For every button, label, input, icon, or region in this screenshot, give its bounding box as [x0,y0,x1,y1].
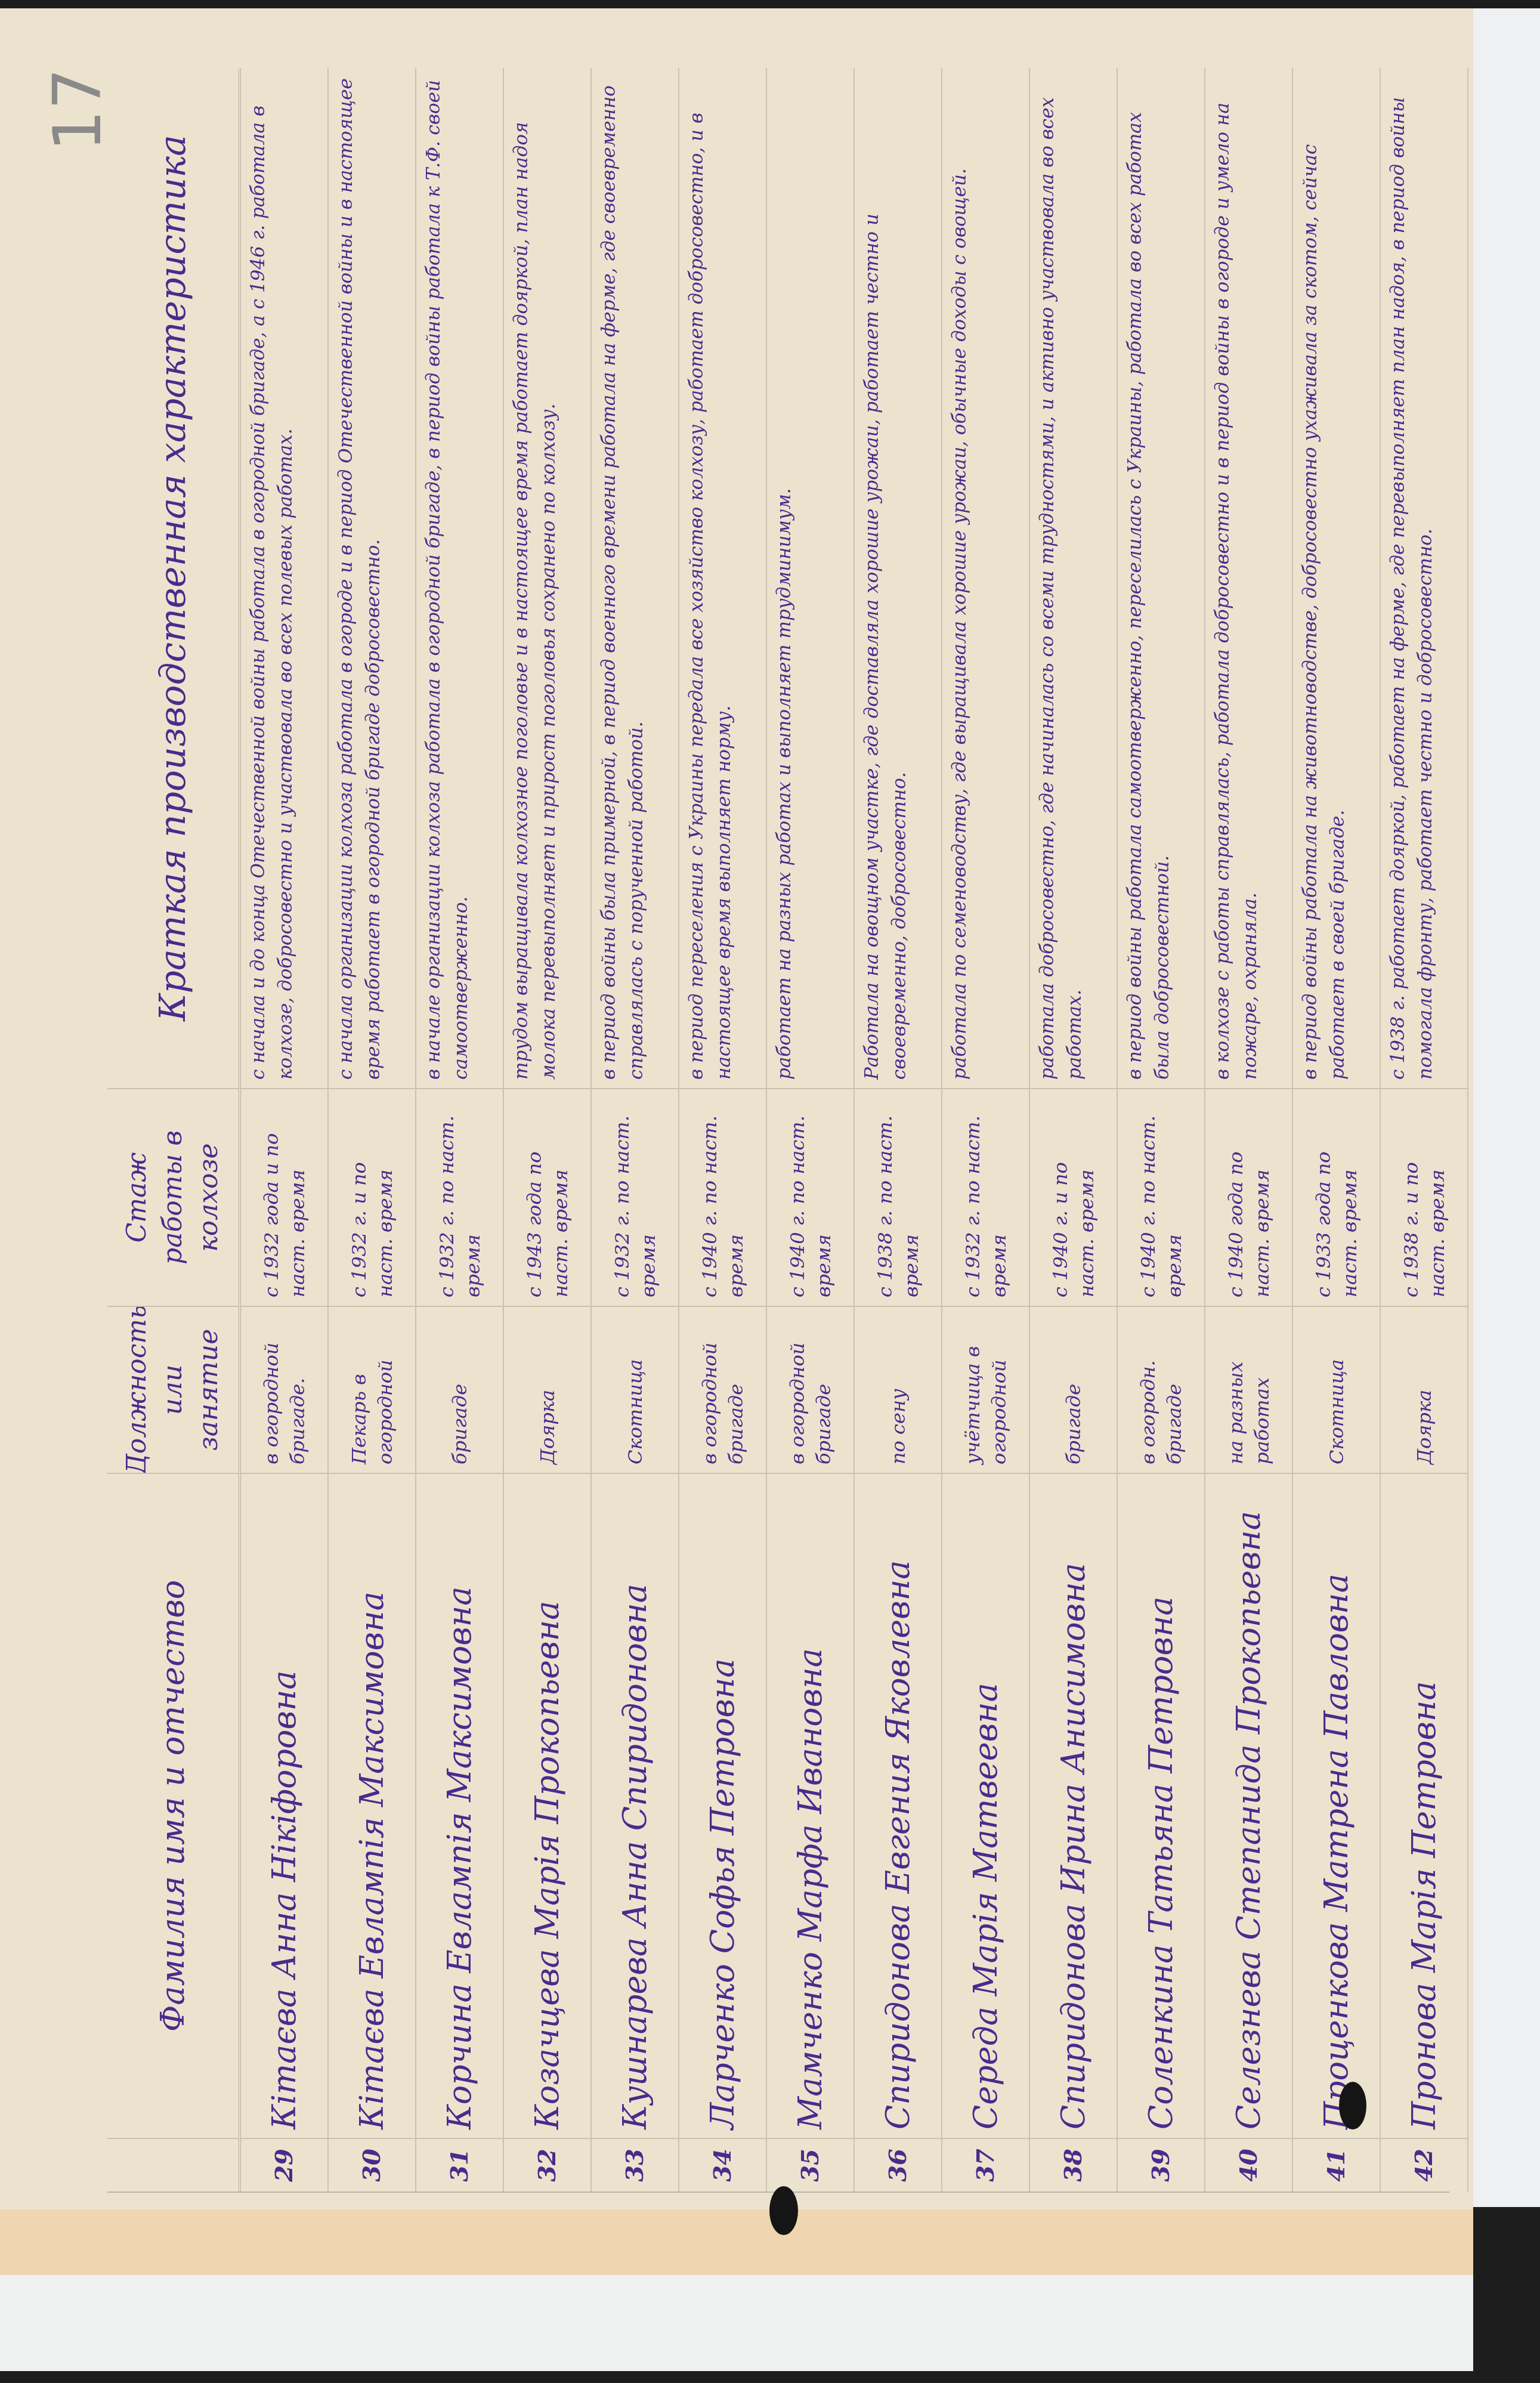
characteristic: в период войны работала самоотверженно, … [1118,68,1204,1088]
characteristic: с начала организации колхоза работала в … [329,68,415,1088]
work-period: с 1938 г. и по наст. время [1381,1088,1467,1306]
work-period: с 1932 г. по наст. время [592,1088,678,1306]
characteristic: в период войны была примерной, в период … [592,68,678,1088]
position: бригаде [1030,1306,1117,1473]
scan-border-right [1473,2207,1540,2383]
work-period: с 1940 г. по наст. время [1118,1088,1204,1306]
work-period: с 1932 г. по наст. время [942,1088,1029,1306]
person-name: Середа Марія Матвеевна [942,1473,1029,2138]
position: Скотница [1293,1306,1380,1473]
row-number: 32 [504,2138,590,2192]
work-period: с 1940 г. по наст. время [767,1088,854,1306]
person-name: Кітаєва Евлампія Максимовна [329,1473,415,2138]
row-number: 31 [416,2138,503,2192]
row-number: 37 [942,2138,1029,2192]
table-row: 41Проценкова Матрена ПавловнаСкотницас 1… [1293,68,1381,2192]
table-row: 33Кушнарева Анна СпиридоновнаСкотницас 1… [592,68,679,2192]
position: в огородной бригаде [679,1306,766,1473]
scan-border-top [0,0,1540,8]
table-row: 32Козачцева Марія ПрокопьевнаДояркас 194… [504,68,592,2192]
person-name: Ларченко Софья Петровна [679,1473,766,2138]
register-table: Фамилия имя и отчество Должность или зан… [107,68,1449,2193]
row-number: 29 [241,2138,327,2192]
header-stazh: Стаж работы в колхозе [107,1088,239,1306]
position: в огородной бригаде [767,1306,854,1473]
header-number [107,2138,239,2192]
row-number: 39 [1118,2138,1204,2192]
work-period: с 1940 г. по наст. время [679,1088,766,1306]
punch-hole [1339,2082,1366,2129]
position: Пекарь в огородной [329,1306,415,1473]
work-period: с 1932 г. по наст. время [416,1088,503,1306]
characteristic: работала добросовестно, где начиналась с… [1030,68,1117,1088]
person-name: Мамченко Марфа Ивановна [767,1473,854,2138]
table-row: 42Пронова Марія ПетровнаДояркас 1938 г. … [1381,68,1468,2192]
table-row: 38Спиридонова Ирина Анисимовнабригадес 1… [1030,68,1118,2192]
table-row: 30Кітаєва Евлампія МаксимовнаПекарь в ог… [329,68,416,2192]
row-number: 41 [1293,2138,1380,2192]
scanner-backing [0,2261,1473,2374]
position: учётчица в огородной [942,1306,1029,1473]
person-name: Козачцева Марія Прокопьевна [504,1473,590,2138]
position: Доярка [504,1306,590,1473]
work-period: с 1938 г. по наст. время [855,1088,941,1306]
table-row: 35Мамченко Марфа Ивановнав огородной бри… [767,68,855,2192]
position: Скотница [592,1306,678,1473]
row-number: 34 [679,2138,766,2192]
row-number: 36 [855,2138,941,2192]
characteristic: с 1938 г. работает дояркой, работает на … [1381,68,1467,1088]
row-number: 35 [767,2138,854,2192]
row-number: 33 [592,2138,678,2192]
table-row: 40Селезнева Степанида Прокопьевнана разн… [1205,68,1293,2192]
person-name: Проценкова Матрена Павловна [1293,1473,1380,2138]
position: Доярка [1381,1306,1467,1473]
work-period: с 1932 года и по наст. время [241,1088,327,1306]
row-number: 38 [1030,2138,1117,2192]
position: в огородной бригаде. [241,1306,327,1473]
position: в огородн. бригаде [1118,1306,1204,1473]
person-name: Спиридонова Ирина Анисимовна [1030,1473,1117,2138]
work-period: с 1933 года по наст. время [1293,1088,1380,1306]
table-row: 34Ларченко Софья Петровнав огородной бри… [679,68,767,2192]
person-name: Селезнева Степанида Прокопьевна [1205,1473,1292,2138]
table-header-row: Фамилия имя и отчество Должность или зан… [107,68,241,2192]
characteristic: работает на разных работах и выполняет т… [767,68,854,1088]
work-period: с 1943 года по наст. время [504,1088,590,1306]
table-row: 37Середа Марія Матвеевнаучётчица в огоро… [942,68,1030,2192]
person-name: Корчина Евлампія Максимовна [416,1473,503,2138]
position: на разных работах [1205,1306,1292,1473]
row-number: 42 [1381,2138,1467,2192]
characteristic: в колхозе с работы справлялась, работала… [1205,68,1292,1088]
person-name: Кітаєва Анна Нікіфоровна [241,1473,327,2138]
characteristic: в начале организации колхоза работала в … [416,68,503,1088]
characteristic: работала по семеноводству, где выращивал… [942,68,1029,1088]
work-period: с 1940 года по наст. время [1205,1088,1292,1306]
person-name: Спиридонова Евгения Яковлевна [855,1473,941,2138]
characteristic: в период переселения с Украины передала … [679,68,766,1088]
characteristic: в период войны работала на животноводств… [1293,68,1380,1088]
position: по сену [855,1306,941,1473]
rotated-register: Фамилия имя и отчество Должность или зан… [0,8,1473,2269]
header-name: Фамилия имя и отчество [107,1473,239,2138]
person-name: Кушнарева Анна Спиридоновна [592,1473,678,2138]
punch-hole [769,2186,798,2235]
characteristic: с начала и до конца Отечественной войны … [241,68,327,1088]
table-row: 31Корчина Евлампія Максимовнабригадес 19… [416,68,504,2192]
work-period: с 1940 г. и по наст. время [1030,1088,1117,1306]
row-number: 40 [1205,2138,1292,2192]
person-name: Пронова Марія Петровна [1381,1473,1467,2138]
table-row: 36Спиридонова Евгения Яковлевнапо сенус … [855,68,942,2192]
work-period: с 1932 г. и по наст. время [329,1088,415,1306]
row-number: 30 [329,2138,415,2192]
characteristic: Работала на овощном участке, где доставл… [855,68,941,1088]
characteristic: трудом выращивала колхозное поголовье и … [504,68,590,1088]
table-body: 29Кітаєва Анна Нікіфоровнав огородной бр… [241,68,1468,2192]
scan-border-bottom [0,2371,1540,2383]
position: бригаде [416,1306,503,1473]
header-position: Должность или занятие [107,1306,239,1473]
person-name: Соленкина Татьяна Петровна [1118,1473,1204,2138]
header-description: Краткая производственная характеристика [107,68,239,1088]
table-row: 29Кітаєва Анна Нікіфоровнав огородной бр… [241,68,329,2192]
table-row: 39Соленкина Татьяна Петровнав огородн. б… [1118,68,1205,2192]
